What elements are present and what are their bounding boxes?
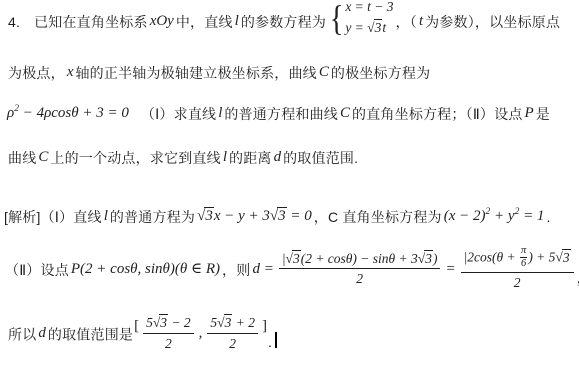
text-line-3: ρ2 − 4ρcosθ + 3 = 0（Ⅰ）求直线l的普通方程和曲线C的直角坐标… — [5, 104, 550, 124]
zh-text: 所以 — [8, 326, 36, 342]
period: . — [546, 209, 550, 225]
fraction-pi-over-6: π6 — [520, 245, 527, 270]
sqrt: √3 — [555, 249, 570, 265]
radical-sign: √ — [367, 20, 373, 35]
text-line-7: 所以d的取值范围是[5√3 − 22,5√3 + 22]. — [8, 316, 277, 354]
zh-text: 的普通方程为 — [110, 209, 195, 225]
math-text: + 2 — [232, 315, 255, 330]
text-line-4: 曲线C上的一个动点，求它到直线l的距离d的取值范围. — [8, 148, 358, 168]
zh-text: 中，直线 — [176, 14, 233, 30]
math-point-P-expression: P(2 + cosθ, sinθ)(θ ∈ R) — [71, 261, 220, 277]
radical-sign: √ — [217, 315, 223, 330]
equals-sign: = — [445, 261, 455, 277]
math-text: − 2 — [168, 315, 191, 330]
math-d: d — [274, 149, 282, 165]
zh-text: 的取值范围是 — [48, 326, 133, 342]
math-text: ) — [433, 251, 438, 266]
zh-text: ，C 直角坐标方程为 — [314, 209, 442, 225]
document-page[interactable]: 4.已知在直角坐标系xOy中，直线l的参数方程为{x = t − 3y = √3… — [0, 0, 579, 377]
cases-rows: x = t − 3y = √3t — [345, 0, 393, 39]
cases-row-x: x = t − 3 — [345, 0, 393, 18]
text-line-2: 为极点，x轴的正半轴为极轴建立极坐标系，曲线C的极坐标方程为 — [8, 63, 430, 83]
sqrt: √3 — [153, 314, 168, 330]
math-x: x — [67, 64, 74, 80]
math-xOy: xOy — [150, 13, 174, 29]
fraction-distance-1: |√3(2 + cosθ) − sinθ + 3√3)2 — [279, 250, 441, 288]
math-curve-C: C — [340, 105, 350, 121]
zh-text: 是 — [536, 106, 550, 122]
left-bracket: [ — [134, 318, 139, 334]
text-line-1: 4.已知在直角坐标系xOy中，直线l的参数方程为{x = t − 3y = √3… — [8, 2, 560, 44]
math-text: ) + 5 — [528, 250, 555, 265]
text-cursor — [275, 332, 277, 348]
math-text: = 0 — [287, 208, 312, 224]
zh-text: 的普通方程和曲线 — [224, 106, 338, 122]
fraction-numerator: 5√3 − 2 — [143, 314, 194, 334]
fraction-range-lower: 5√3 − 22 — [143, 314, 194, 352]
sqrt: √3 — [217, 314, 232, 330]
right-bracket: ] — [262, 318, 267, 334]
math-text: y = — [345, 20, 367, 35]
period: . — [268, 334, 272, 350]
zh-text: 的距离 — [229, 150, 272, 166]
math-text: 5 — [146, 315, 153, 330]
math-text: − 4ρcosθ + 3 = 0 — [19, 105, 129, 121]
math-text: (x − 2) — [444, 208, 486, 224]
fraction-denominator: 2 — [279, 269, 441, 288]
cases-row-y: y = √3t — [345, 18, 393, 39]
math-line-l: l — [223, 149, 227, 165]
math-curve-C: C — [38, 149, 48, 165]
math-text: = 1 — [519, 208, 544, 224]
math-line-l: l — [235, 13, 239, 29]
zh-text: 轴的正半轴为极轴建立极坐标系，曲线 — [75, 65, 316, 81]
sqrt: √3 — [286, 250, 301, 266]
radicand: 3 — [292, 250, 301, 266]
left-brace-symbol: { — [330, 0, 344, 36]
zh-text: 曲线 — [8, 150, 36, 166]
zh-text: 的取值范围. — [283, 150, 358, 166]
radicand: 3 — [562, 249, 571, 265]
comma: , — [199, 325, 203, 341]
math-point-P: P — [525, 105, 534, 121]
fraction-distance-2: |2cos(θ + π6) + 5√32 — [461, 246, 574, 292]
math-d-equals: d = — [252, 261, 273, 277]
math-d: d — [38, 325, 46, 341]
zh-text: ，则 — [222, 262, 250, 278]
fraction-denominator: 2 — [143, 334, 194, 353]
zh-text: ，（ — [396, 14, 417, 30]
fraction-denominator: 2 — [461, 273, 574, 292]
sqrt: √3 — [197, 207, 214, 224]
math-curve-C: C — [319, 64, 329, 80]
fraction-numerator: π — [520, 245, 527, 258]
math-polar-equation: ρ2 − 4ρcosθ + 3 = 0 — [7, 105, 129, 121]
math-text: t — [382, 20, 386, 35]
solution-label: [解析]（Ⅰ）直线 — [4, 209, 102, 225]
zh-text: 的直角坐标方程；（Ⅱ）设点 — [352, 106, 523, 122]
math-line-equation: √3x − y + 3√3 = 0 — [197, 208, 312, 224]
fraction-numerator: |2cos(θ + π6) + 5√3 — [461, 246, 574, 273]
fraction-denominator: 6 — [520, 258, 527, 270]
zh-text: （Ⅱ）设点 — [5, 262, 69, 278]
math-line-l: l — [104, 208, 108, 224]
math-circle-equation: (x − 2)2 + y2 = 1 — [444, 208, 545, 224]
radicand: 3 — [159, 314, 168, 330]
zh-text: 已知在直角坐标系 — [34, 14, 148, 30]
radical-sign: √ — [555, 250, 561, 265]
sqrt: √3 — [270, 207, 287, 224]
zh-text: 为参数），以坐标原点 — [425, 14, 560, 30]
sqrt: √3 — [367, 19, 382, 35]
fraction-numerator: |√3(2 + cosθ) − sinθ + 3√3) — [279, 250, 441, 270]
zh-text: 上的一个动点，求它到直线 — [50, 150, 220, 166]
math-text: |2cos(θ + — [464, 250, 519, 265]
math-text: (2 + cosθ) − sinθ + 3 — [301, 251, 418, 266]
zh-text: 的参数方程为 — [241, 14, 326, 30]
radical-sign: √ — [286, 251, 292, 266]
radicand: 3 — [277, 207, 287, 224]
zh-text: （Ⅰ）求直线 — [141, 106, 216, 122]
problem-number: 4. — [8, 14, 20, 30]
math-t: t — [419, 13, 423, 29]
math-text: x − y + 3 — [214, 208, 270, 224]
text-line-6: （Ⅱ）设点P(2 + cosθ, sinθ)(θ ∈ R)，则d =|√3(2 … — [5, 248, 579, 294]
text-line-5: [解析]（Ⅰ）直线l的普通方程为√3x − y + 3√3 = 0，C 直角坐标… — [4, 207, 551, 227]
fraction-range-upper: 5√3 + 22 — [207, 314, 258, 352]
radicand: 3 — [204, 207, 214, 224]
sqrt: √3 — [418, 250, 433, 266]
fraction-numerator: 5√3 + 2 — [207, 314, 258, 334]
fraction-denominator: 2 — [207, 334, 258, 353]
zh-text: 为极点， — [8, 65, 65, 81]
radicand: 3 — [424, 250, 433, 266]
math-line-l: l — [218, 105, 222, 121]
zh-text: 的极坐标方程为 — [331, 65, 430, 81]
math-text: + y — [490, 208, 514, 224]
parametric-equations: {x = t − 3y = √3t — [328, 0, 394, 39]
